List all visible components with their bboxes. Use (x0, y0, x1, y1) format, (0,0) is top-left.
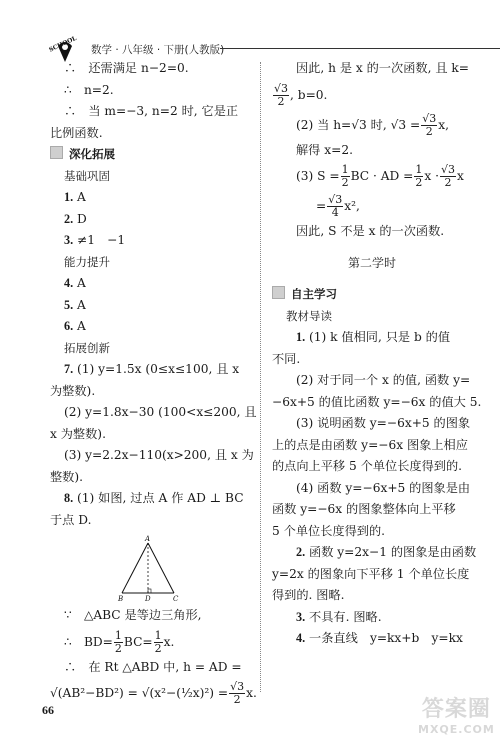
answer-line: 比例函数. (50, 123, 250, 145)
right-column: 因此, h 是 x 的一次函数, 且 k= √32, b=0. (2) 当 h=… (272, 58, 472, 650)
answer-6: 6. A (50, 316, 250, 338)
answer-8-3: (3) S =12BC · AD =12x ·√32x (272, 161, 472, 191)
answer-7-1-cont: 为整数). (50, 381, 250, 403)
answer-5: 5. A (50, 295, 250, 317)
answer-line: ∴ 还需满足 n−2=0. (50, 58, 250, 80)
header-rule (220, 48, 500, 49)
equilateral-triangle-diagram: A B D C (50, 535, 250, 605)
answer-line: 解得 x=2. (272, 140, 472, 162)
subsection-textbook: 教材导读 (272, 306, 472, 328)
answer-line: √32, b=0. (272, 80, 472, 110)
answer-line: 5 个单位长度得到的. (272, 521, 472, 543)
lesson-title: 第二学时 (272, 253, 472, 275)
answer-line: 因此, h 是 x 的一次函数, 且 k= (272, 58, 472, 80)
answer-b1-3: (3) 说明函数 y=−6x+5 的图象 (272, 413, 472, 435)
subsection-innovation: 拓展创新 (50, 338, 250, 360)
answer-line: 得到的. 图略. (272, 585, 472, 607)
answer-b4: 4. 一条直线 y=kx+b y=kx (272, 628, 472, 650)
bd-line: ∴ BD=12BC=12x. (50, 627, 250, 657)
answer-line: y=2x 的图象向下平移 1 个单位长度 (272, 564, 472, 586)
watermark: 答案圈 MXQE.COM (418, 692, 495, 736)
area-result-line: =√34x², (272, 191, 472, 221)
vertex-label-a: A (144, 535, 150, 543)
book-title: 数学 · 八年级 · 下册(人教版) (91, 42, 224, 57)
answer-7-2-cont: x 为整数). (50, 424, 250, 446)
answer-line: −6x+5 的值比函数 y=−6x 的值大 5. (272, 392, 472, 414)
subsection-ability: 能力提升 (50, 252, 250, 274)
answer-8-1-cont: 于点 D. (50, 510, 250, 532)
answer-line: ∴ n=2. (50, 80, 250, 102)
answer-line: 不同. (272, 349, 472, 371)
answer-4: 4. A (50, 273, 250, 295)
answer-7-1: 7. (1) y=1.5x (0≤x≤100, 且 x (50, 359, 250, 381)
answer-7-3-cont: 整数). (50, 467, 250, 489)
column-divider (260, 62, 261, 692)
answer-7-2: (2) y=1.8x−30 (100<x≤200, 且 (50, 402, 250, 424)
answer-b1-1: 1. (1) k 值相同, 只是 b 的值 (272, 327, 472, 349)
section-heading-self-study: 自主学习 (272, 284, 472, 306)
textbook-page: SCHOOL 数学 · 八年级 · 下册(人教版) ∴ 还需满足 n−2=0. … (0, 0, 500, 745)
answer-line: 函数 y=−6x 的图象整体向上平移 (272, 499, 472, 521)
answer-8-1: 8. (1) 如图, 过点 A 作 AD ⊥ BC (50, 488, 250, 510)
page-number: 66 (42, 703, 54, 718)
answer-b1-2: (2) 对于同一个 x 的值, 函数 y= (272, 370, 472, 392)
vertex-label-d: D (144, 595, 151, 603)
rt-triangle-line: ∴ 在 Rt △ABD 中, h = AD = (50, 657, 250, 679)
triangle-figure: A B D C (50, 535, 250, 605)
answer-b3: 3. 不具有. 图略. (272, 607, 472, 629)
height-formula-line: √(AB²−BD²) = √(x²−(½x)²) =√32x. (50, 678, 250, 708)
section-heading-deepen: 深化拓展 (50, 144, 250, 166)
vertex-label-b: B (117, 595, 123, 603)
answer-1: 1. A (50, 187, 250, 209)
answer-2: 2. D (50, 209, 250, 231)
because-line: ∵ △ABC 是等边三角形, (50, 605, 250, 627)
answer-line: 因此, S 不是 x 的一次函数. (272, 221, 472, 243)
answer-7-3: (3) y=2.2x−110(x>200, 且 x 为 (50, 445, 250, 467)
section-marker-icon (50, 146, 63, 159)
vertex-label-c: C (173, 595, 179, 603)
answer-b1-4: (4) 函数 y=−6x+5 的图象是由 (272, 478, 472, 500)
answer-8-2: (2) 当 h=√3 时, √3 =√32x, (272, 110, 472, 140)
subsection-basic: 基础巩固 (50, 166, 250, 188)
answer-line: 的点向上平移 5 个单位长度得到的. (272, 456, 472, 478)
answer-3: 3. ≠1 −1 (50, 230, 250, 252)
answer-line: ∴ 当 m=−3, n=2 时, 它是正 (50, 101, 250, 123)
left-column: ∴ 还需满足 n−2=0. ∴ n=2. ∴ 当 m=−3, n=2 时, 它是… (50, 58, 250, 708)
section-marker-icon (272, 286, 285, 299)
answer-line: 上的点是由函数 y=−6x 图象上相应 (272, 435, 472, 457)
answer-b2: 2. 函数 y=2x−1 的图象是由函数 (272, 542, 472, 564)
